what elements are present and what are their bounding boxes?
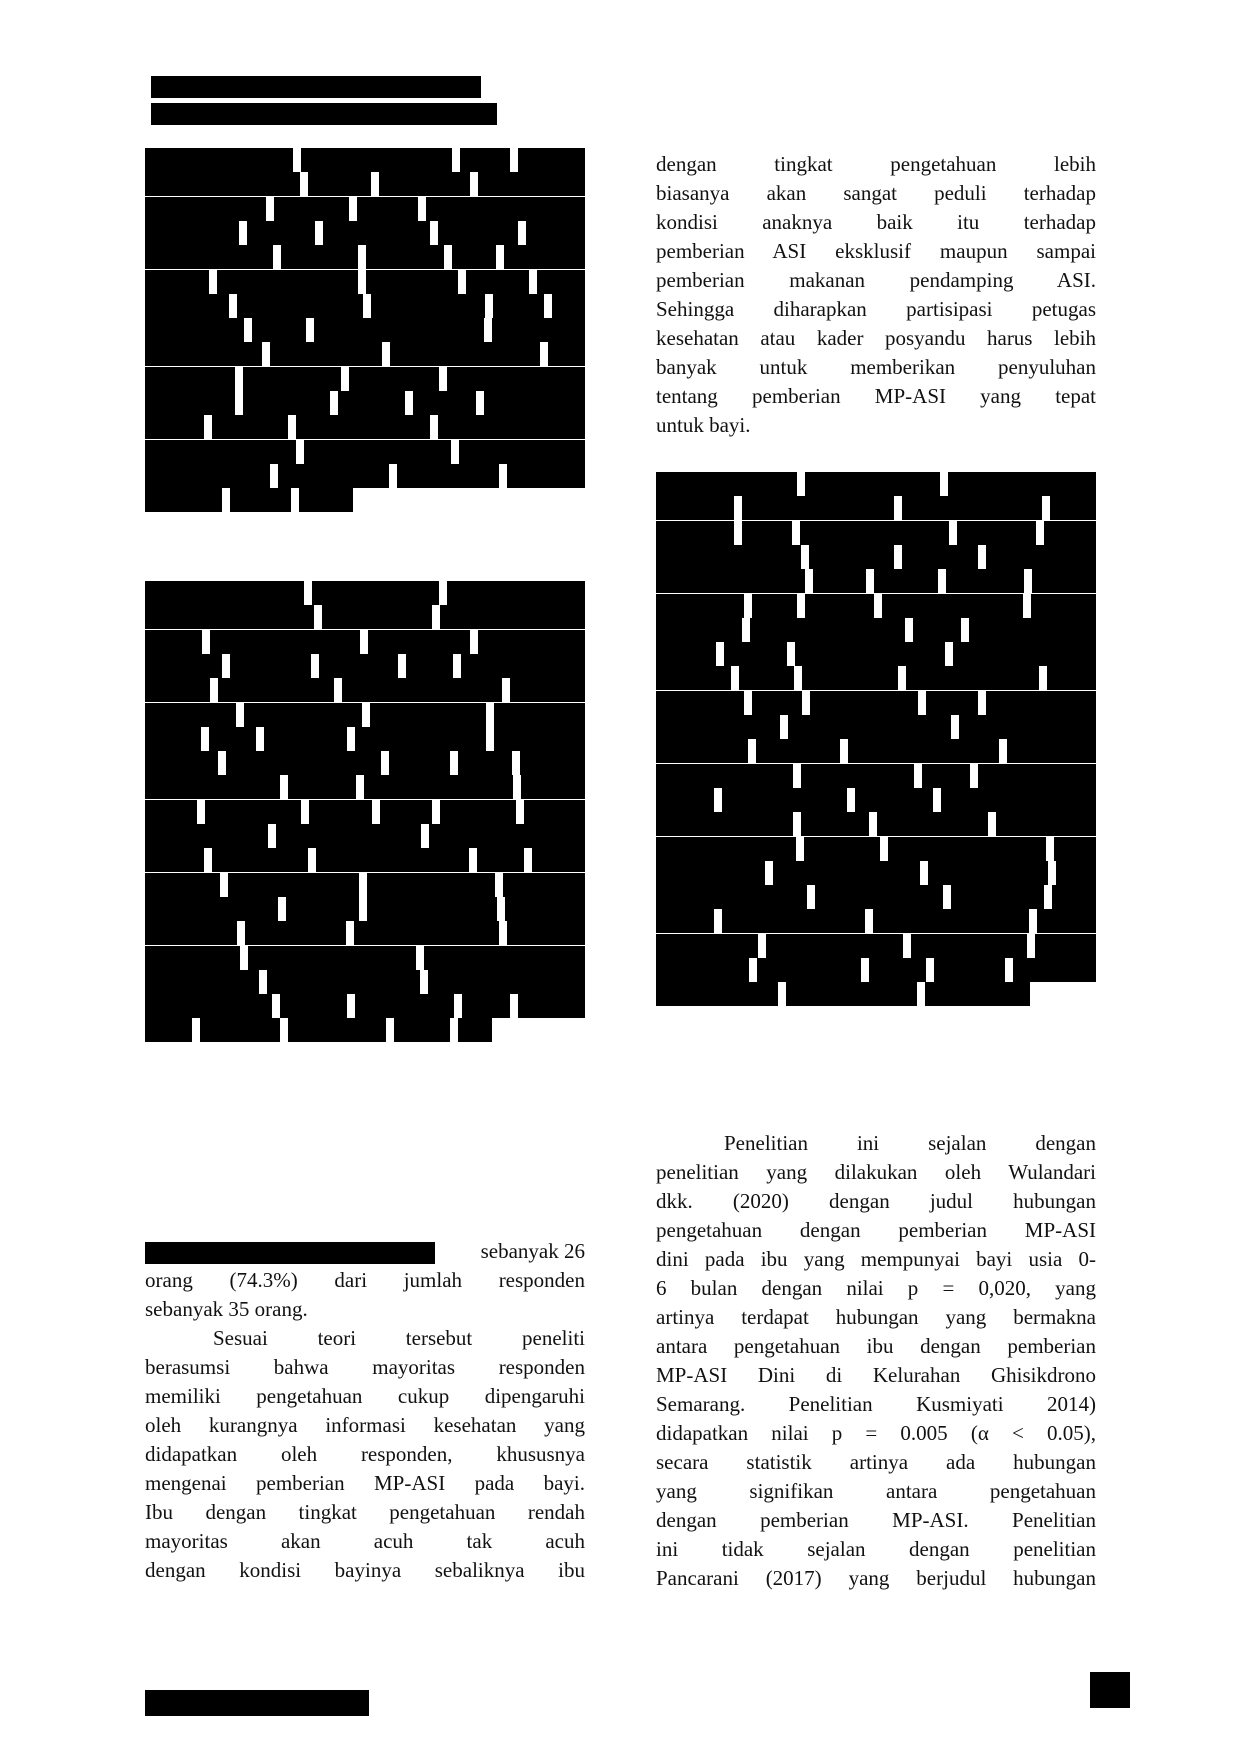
redaction-line	[145, 488, 353, 512]
partial-line: sebanyak 26	[145, 1237, 585, 1266]
text-line: memiliki pengetahuan cukup dipengaruhi	[145, 1382, 585, 1411]
text-line: penelitian yang dilakukan oleh Wulandari	[656, 1158, 1096, 1187]
text-line: pemberian ASI eksklusif maupun sampai	[656, 237, 1096, 266]
redaction-line	[145, 654, 585, 678]
footer-redacted-text	[145, 1690, 369, 1716]
text-line: untuk bayi.	[656, 411, 1096, 440]
redaction-line	[145, 148, 585, 172]
text-line: artinya terdapat hubungan yang bermakna	[656, 1303, 1096, 1332]
redaction-line	[656, 545, 1096, 569]
redaction-line	[145, 970, 585, 994]
text-line: Ibu dengan tingkat pengetahuan rendah	[145, 1498, 585, 1527]
redaction-line	[656, 958, 1096, 982]
text-line: dkk. (2020) dengan judul hubungan	[656, 1187, 1096, 1216]
redaction-line	[145, 221, 585, 245]
redaction-line	[145, 703, 585, 727]
redaction-line	[656, 496, 1096, 520]
redaction-line	[145, 172, 585, 196]
redaction-line	[656, 618, 1096, 642]
text-line: dini pada ibu yang mempunyai bayi usia 0…	[656, 1245, 1096, 1274]
text-line: Pancarani (2017) yang berjudul hubungan	[656, 1564, 1096, 1593]
redaction-line	[145, 197, 585, 221]
text-line: tentang pemberian MP-ASI yang tepat	[656, 382, 1096, 411]
left-text-block: sebanyak 26 orang (74.3%) dari jumlah re…	[145, 1237, 585, 1585]
text-line: ini tidak sejalan dengan penelitian	[656, 1535, 1096, 1564]
redaction-line	[656, 885, 1096, 909]
redaction-line	[656, 642, 1096, 666]
text-line: didapatkan nilai p = 0.005 (α < 0.05),	[656, 1419, 1096, 1448]
text-line: Sehingga diharapkan partisipasi petugas	[656, 295, 1096, 324]
redaction-line	[145, 946, 585, 970]
redaction-line	[145, 824, 585, 848]
redaction-line	[656, 909, 1096, 933]
left-column: sebanyak 26 orang (74.3%) dari jumlah re…	[145, 0, 585, 1754]
redaction-line	[145, 605, 585, 629]
text-line: oleh kurangnya informasi kesehatan yang	[145, 1411, 585, 1440]
right-text-block-1: dengan tingkat pengetahuan lebih biasany…	[656, 150, 1096, 440]
redaction-line	[145, 727, 585, 751]
document-page: sebanyak 26 orang (74.3%) dari jumlah re…	[0, 0, 1240, 1754]
text-line: antara pengetahuan ibu dengan pemberian	[656, 1332, 1096, 1361]
text-line: 6 bulan dengan nilai p = 0,020, yang	[656, 1274, 1096, 1303]
text-line: Penelitian ini sejalan dengan	[656, 1129, 1096, 1158]
text-line: dengan kondisi bayinya sebaliknya ibu	[145, 1556, 585, 1585]
redaction-line	[656, 666, 1096, 690]
text-line: mayoritas akan acuh tak acuh	[145, 1527, 585, 1556]
text-line: yang signifikan antara pengetahuan	[656, 1477, 1096, 1506]
text-line: biasanya akan sangat peduli terhadap	[656, 179, 1096, 208]
redaction-line	[656, 472, 1096, 496]
text-line: berasumsi bahwa mayoritas responden	[145, 1353, 585, 1382]
right-column: dengan tingkat pengetahuan lebih biasany…	[656, 0, 1096, 1754]
text-line: dengan pemberian MP-ASI. Penelitian	[656, 1506, 1096, 1535]
text-line: didapatkan oleh responden, khususnya	[145, 1440, 585, 1469]
redaction-line	[145, 873, 585, 897]
redaction-line	[145, 294, 585, 318]
redaction-line	[145, 678, 585, 702]
redaction-line	[145, 848, 585, 872]
redaction-line	[145, 897, 585, 921]
redaction-line	[656, 861, 1096, 885]
text-line: banyak untuk memberikan penyuluhan	[656, 353, 1096, 382]
redaction-line	[145, 464, 585, 488]
redaction-line	[145, 342, 585, 366]
redaction-line	[656, 569, 1096, 593]
redaction-line	[656, 715, 1096, 739]
redaction-line	[145, 270, 585, 294]
redaction-line	[656, 594, 1096, 618]
redaction-line	[145, 630, 585, 654]
redaction-line	[656, 691, 1096, 715]
text-line: Sesuai teori tersebut peneliti	[145, 1324, 585, 1353]
right-text-block-2: Penelitian ini sejalan dengan penelitian…	[656, 1129, 1096, 1593]
redaction-line	[145, 800, 585, 824]
redaction-line	[145, 921, 585, 945]
text-line: MP-ASI Dini di Kelurahan Ghisikdrono	[656, 1361, 1096, 1390]
redaction-line	[145, 245, 585, 269]
text-line: dengan tingkat pengetahuan lebih	[656, 150, 1096, 179]
text-line: mengenai pemberian MP-ASI pada bayi.	[145, 1469, 585, 1498]
text-line: pengetahuan dengan pemberian MP-ASI	[656, 1216, 1096, 1245]
redaction-line	[145, 775, 585, 799]
redaction-line	[145, 994, 585, 1018]
text-line: orang (74.3%) dari jumlah responden	[145, 1266, 585, 1295]
redaction-line	[145, 415, 585, 439]
redaction-line	[145, 440, 585, 464]
redaction-line	[145, 1018, 492, 1042]
redaction-line	[145, 391, 585, 415]
text-line: sebanyak 35 orang.	[145, 1295, 585, 1324]
text-line: kesehatan atau kader posyandu harus lebi…	[656, 324, 1096, 353]
redaction-line	[656, 812, 1096, 836]
redaction-line	[656, 521, 1096, 545]
redaction-line	[656, 934, 1096, 958]
redaction-line	[656, 788, 1096, 812]
redaction-line	[145, 367, 585, 391]
text-line: secara statistik artinya ada hubungan	[656, 1448, 1096, 1477]
text-line: kondisi anaknya baik itu terhadap	[656, 208, 1096, 237]
redaction-line	[145, 751, 585, 775]
redaction-bar	[145, 1242, 435, 1264]
redaction-line	[656, 739, 1096, 763]
redaction-line	[656, 837, 1096, 861]
page-number-redacted	[1090, 1672, 1130, 1708]
text-line: pemberian makanan pendamping ASI.	[656, 266, 1096, 295]
redaction-line	[656, 982, 1030, 1006]
redaction-line	[656, 764, 1096, 788]
text-line: Semarang. Penelitian Kusmiyati 2014)	[656, 1390, 1096, 1419]
redaction-line	[145, 581, 585, 605]
redaction-line	[145, 318, 585, 342]
